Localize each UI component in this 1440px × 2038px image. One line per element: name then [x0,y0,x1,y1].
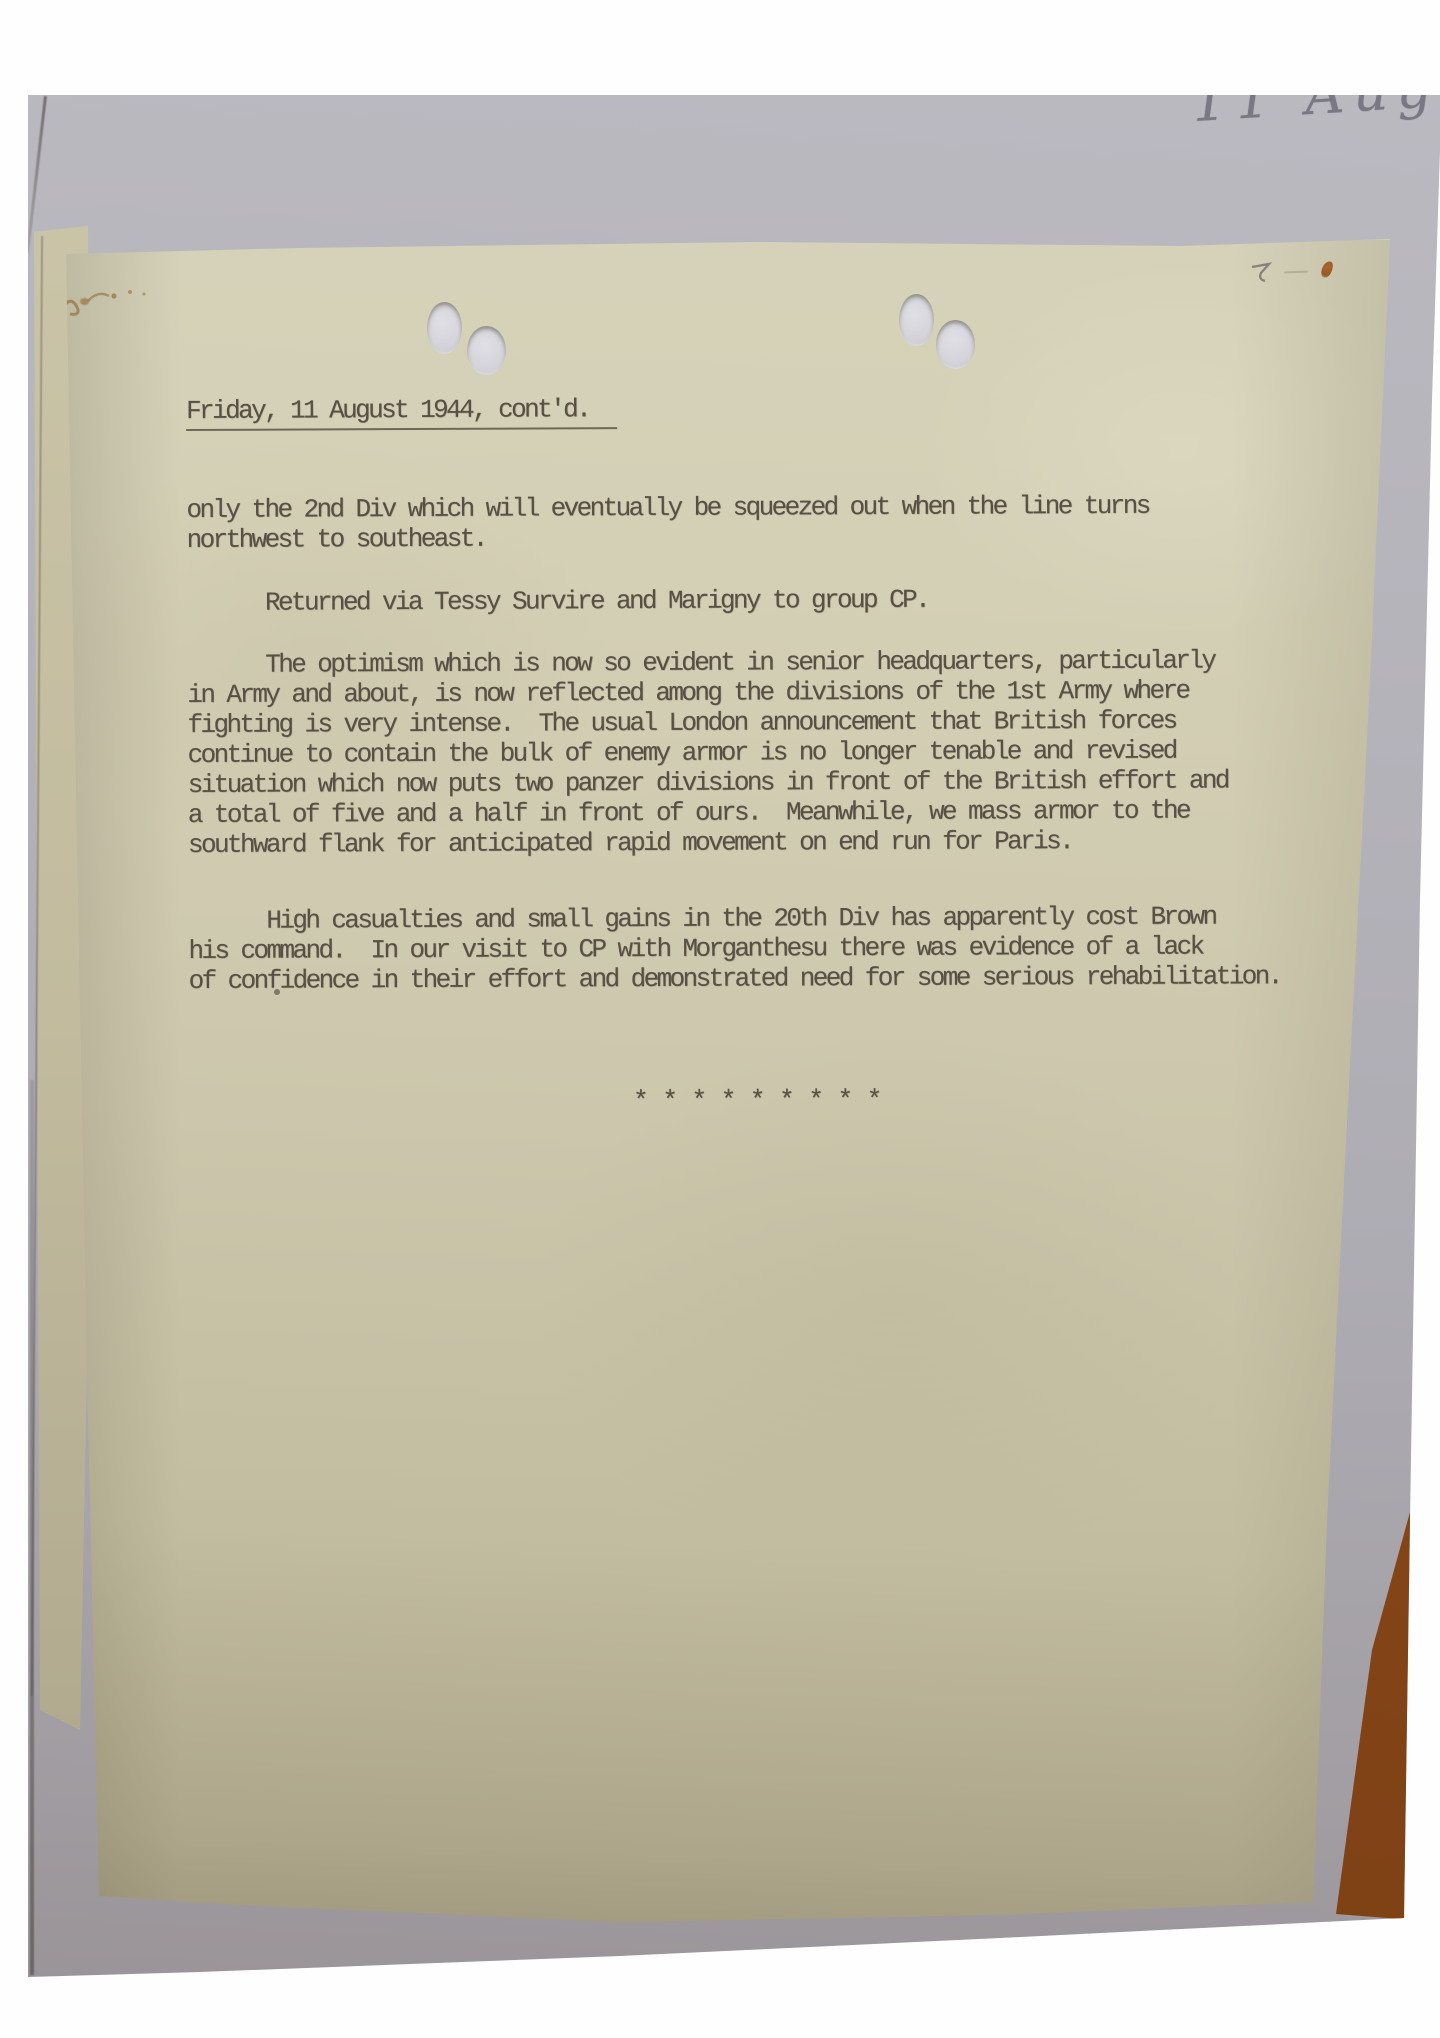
punch-hole [427,302,462,354]
pencil-mark [1246,258,1286,290]
typed-line: Returned via Tessy Survire and Marigny t… [187,583,1367,618]
document-page: Friday, 11 August 1944, cont'd. only the… [0,0,1440,2038]
date-heading-text: Friday, 11 August 1944, cont'd. [186,394,617,431]
date-heading: Friday, 11 August 1944, cont'd. [186,391,1366,431]
asterisk-separator: * * * * * * * * * [633,1083,1369,1116]
punch-hole [467,326,506,375]
ink-stain [56,276,206,328]
paragraph: High casualties and small gains in the 2… [188,901,1368,996]
paragraph: only the 2nd Div which will eventually b… [186,490,1366,555]
typed-text-block: Friday, 11 August 1944, cont'd. only the… [186,391,1369,1118]
punch-hole [899,294,934,346]
stain-dot [80,298,89,305]
paragraph: Returned via Tessy Survire and Marigny t… [187,583,1367,618]
paper-crease [26,96,47,253]
paragraph: The optimism which is now so evident in … [187,645,1368,860]
photographed-area: 11 Aug 44 Friday, 11 August 1944, cont'd… [0,0,1440,2038]
typed-line: southward flank for anticipated rapid mo… [188,825,1368,860]
typed-line: northwest to southeast. [187,520,1367,555]
typed-line: of confidence in their effort and demons… [188,961,1368,996]
typed-line: situation which now puts two panzer divi… [188,765,1368,800]
typed-line: The optimism which is now so evident in … [187,645,1367,680]
handwritten-date: 11 Aug 44 [1190,53,1440,134]
punch-hole [936,320,975,369]
